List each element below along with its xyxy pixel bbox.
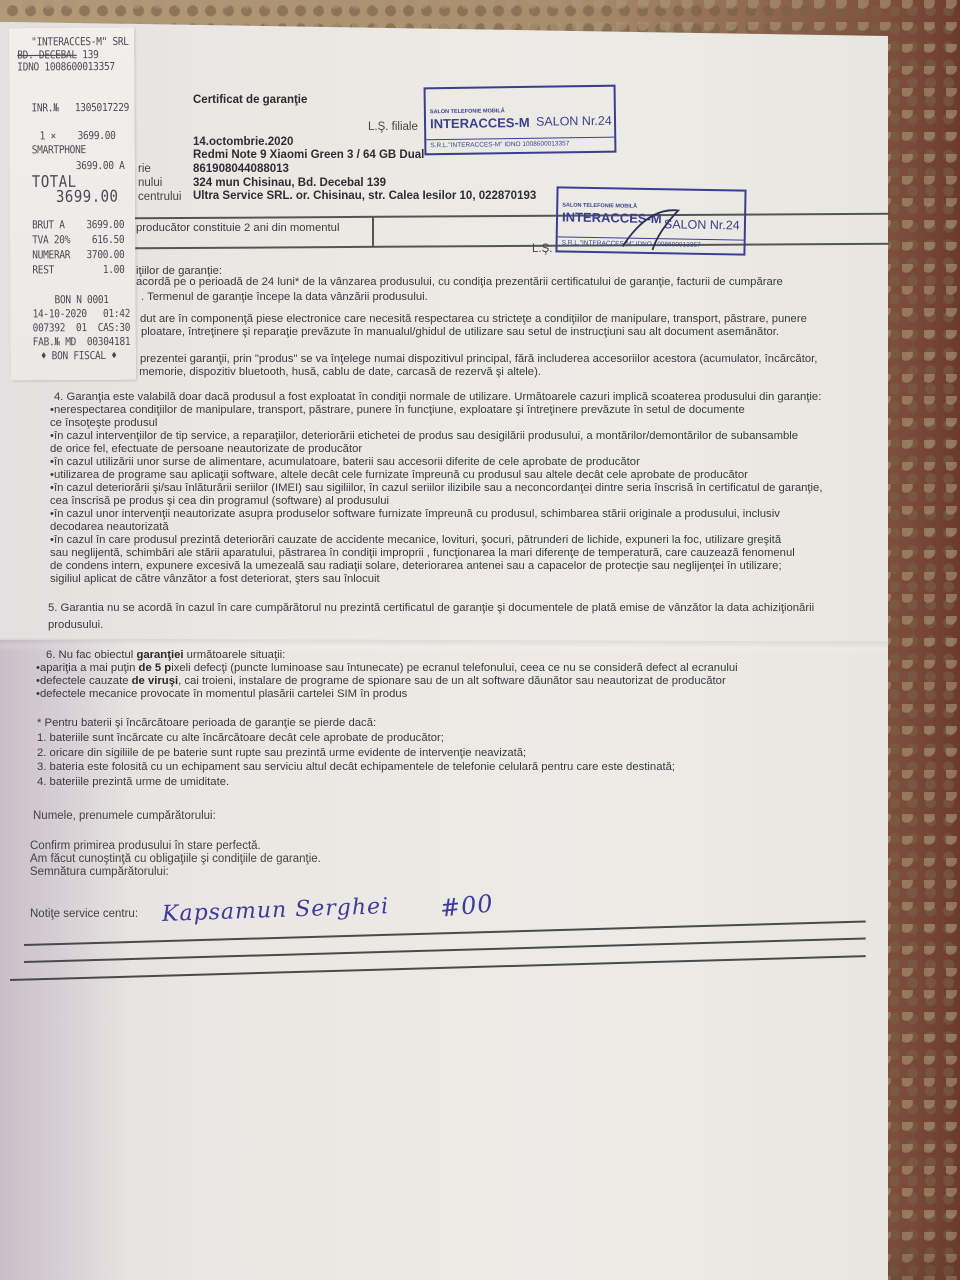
exclusion-text: •defectele cauzate <box>36 675 132 687</box>
ls-branch-label: L.Ş. filiale <box>368 121 418 133</box>
document-line: ce însoţeşte produsul <box>50 417 822 430</box>
receipt-item: SMARTPHONE <box>32 144 86 157</box>
fiscal-receipt: "INTERACCES-M" SRL BD. DECEBAL 139 IDNO … <box>9 28 136 381</box>
sale-date: 14.octombrie.2020 <box>193 136 293 148</box>
receipt-brut: BRUT A 3699.00 <box>32 219 124 232</box>
ls-seller-label: L.Ş. <box>532 243 552 255</box>
exclusion-item: •apariţia a mai puţin de 5 pixeli defecţ… <box>36 662 738 675</box>
section-6-heading: 6. Nu fac obiectul garanţiei următoarele… <box>46 649 285 662</box>
receipt-address-number: 139 <box>82 49 98 62</box>
document-line: de condens intern, expunere excesivă la … <box>50 560 822 573</box>
serial-number: 861908044088013 <box>193 163 289 175</box>
exclusion-text: •apariţia a mai puţin <box>36 662 139 674</box>
document-line: produsului. <box>48 617 814 634</box>
exclusion-item: •defectele mecanice provocate în momentu… <box>36 688 738 701</box>
exclusion-text: ixeli defecţi (puncte luminoase sau întu… <box>171 662 737 674</box>
section-4-exclusions: 4. Garanţia este valabilă doar dacă prod… <box>50 391 822 586</box>
document-line: •în cazul utilizării unor surse de alime… <box>50 456 822 469</box>
battery-heading: * Pentru baterii şi încărcătoare perioad… <box>37 717 376 730</box>
cond-p3-line2: card memorie, dispozitiv bluetooth, husă… <box>114 366 541 379</box>
table-cell-warranty-term: producător constituie 2 ani din momentul <box>136 222 339 235</box>
document-line: 3. bateria este folosită cu un echipamen… <box>37 760 675 775</box>
document-line: •utilizarea de programe sau aplicaţii so… <box>50 469 822 482</box>
document-line: 1. bateriile sunt încărcate cu alte încă… <box>37 731 675 746</box>
buyer-signature-label: Semnătura cumpărătorului: <box>30 866 169 878</box>
cond-p2-line1: dut are în componenţă piese electronice … <box>140 313 807 326</box>
serial-label: rie <box>138 163 151 175</box>
document-line: 5. Garantia nu se acordă în cazul în car… <box>48 600 814 617</box>
seller-stamp: SALON TELEFONIE MOBILĂ INTERACCES-M SALO… <box>424 85 617 156</box>
s6-heading-bold: garanţiei <box>136 649 183 661</box>
document-line: •în cazul în care produsul prezintă dete… <box>50 534 822 547</box>
document-line: cea înscrisă pe produs şi cea din progra… <box>50 495 822 508</box>
document-line: •nerespectarea condiţiilor de manipulare… <box>50 404 822 417</box>
receipt-numerar: NUMERAR 3700.00 <box>32 249 124 262</box>
certificate-title: Certificat de garanţie <box>193 94 307 106</box>
battery-conditions: 1. bateriile sunt încărcate cu alte încă… <box>37 731 675 789</box>
receipt-idno: IDNO 1008600013357 <box>17 61 115 74</box>
receipt-fiscal: ♦ BON FISCAL ♦ <box>41 350 117 363</box>
table-divider <box>372 216 374 246</box>
document-line: 4. bateriile prezintă urme de umiditate. <box>37 775 675 790</box>
handwritten-mark: #00 <box>439 889 495 922</box>
receipt-address-street: BD. DECEBAL <box>17 49 77 62</box>
receipt-item-amount: 3699.00 A <box>76 160 125 173</box>
stamp-idno: S.R.L."INTERACCES-M" IDNO 1008600013357 <box>426 137 614 152</box>
receipt-total-value: 3699.00 <box>56 188 119 207</box>
s6-heading-tail: următoarele situaţii: <box>184 649 286 661</box>
receipt-bon-number: BON N 0001 <box>54 294 108 307</box>
document-line: 2. oricare din sigiliile de pe baterie s… <box>37 746 675 761</box>
cond-p1-line1: acordă pe o perioadă de 24 luni* de la v… <box>136 276 783 289</box>
document-line: •în cazul unor intervenţii neautorizate … <box>50 508 822 521</box>
exclusion-text: •defectele mecanice <box>36 688 140 700</box>
exclusion-text: , cai troieni, instalare de programe de … <box>178 675 726 687</box>
confirm-line-1: Confirm primirea produsului în stare per… <box>30 840 261 852</box>
confirm-line-2: Am făcut cunoştinţă cu obligaţiile şi co… <box>30 853 321 865</box>
seller-signature-scribble <box>617 201 688 252</box>
service-notes-label: Notiţe service centru: <box>30 908 138 920</box>
document-line: •în cazul deteriorării şi/sau înlăturări… <box>50 482 822 495</box>
address-label: nului <box>138 177 162 189</box>
exclusion-emphasis: de viruşi <box>132 675 178 687</box>
product-name: Redmi Note 9 Xiaomi Green 3 / 64 GB Dual <box>193 149 424 161</box>
section-5-no-certificate: 5. Garantia nu se acordă în cazul în car… <box>48 600 814 634</box>
receipt-ids: 007392 01 CAS:30 <box>33 322 131 335</box>
exclusion-item: •defectele cauzate de viruşi, cai troien… <box>36 675 738 688</box>
stamp-company: INTERACCES-M <box>430 115 530 131</box>
stamp-salon: SALON Nr.24 <box>536 114 612 129</box>
document-line: de orice fel, efectuate de persoane neau… <box>50 443 822 456</box>
document-line: sigiliul aplicat de către vânzător a fos… <box>50 573 822 586</box>
document-line: sau neglijentă, schimbări ale stării apa… <box>50 547 822 560</box>
receipt-datetime: 14-10-2020 01:42 <box>33 308 131 321</box>
receipt-tva: TVA 20% 616.50 <box>32 234 124 247</box>
receipt-fab: FAB.№ MD 00304181 <box>33 336 131 349</box>
service-center-label: centrului <box>138 191 181 203</box>
exclusion-text: provocate în momentul plasării cartelei … <box>140 688 407 700</box>
section-6-items: •apariţia a mai puţin de 5 pixeli defecţ… <box>36 662 738 701</box>
receipt-qty-line: 1 × 3699.00 <box>40 130 116 143</box>
service-center: Ultra Service SRL. or. Chisinau, str. Ca… <box>193 190 536 202</box>
cond-p1-line2: . Termenul de garanţie începe la data vâ… <box>141 291 428 304</box>
receipt-rest: REST 1.00 <box>32 264 124 277</box>
receipt-inr: INR.№ 1305017229 <box>31 102 129 115</box>
document-line: •în cazul intervenţiilor de tip service,… <box>50 430 822 443</box>
stamp-caption: SALON TELEFONIE MOBILĂ <box>430 108 505 115</box>
cond-p3-line1: prezentei garanţii, prin "produs" se va … <box>140 353 817 366</box>
seller-stamp-2: SALON TELEFONIE MOBILĂ INTERACCES-M SALO… <box>555 186 746 255</box>
document-line: decodarea neautorizată <box>50 521 822 534</box>
s6-heading-text: 6. Nu fac obiectul <box>46 649 136 661</box>
seller-address: 324 mun Chisinau, Bd. Decebal 139 <box>193 177 386 189</box>
receipt-company: "INTERACCES-M" SRL <box>31 36 129 49</box>
cond-p2-line2: ploatare, întreţinere şi reparaţie prevă… <box>141 326 779 339</box>
exclusion-emphasis: de 5 p <box>139 662 172 674</box>
document-line: 4. Garanţia este valabilă doar dacă prod… <box>54 391 822 404</box>
buyer-name-label: Numele, prenumele cumpărătorului: <box>33 810 216 822</box>
